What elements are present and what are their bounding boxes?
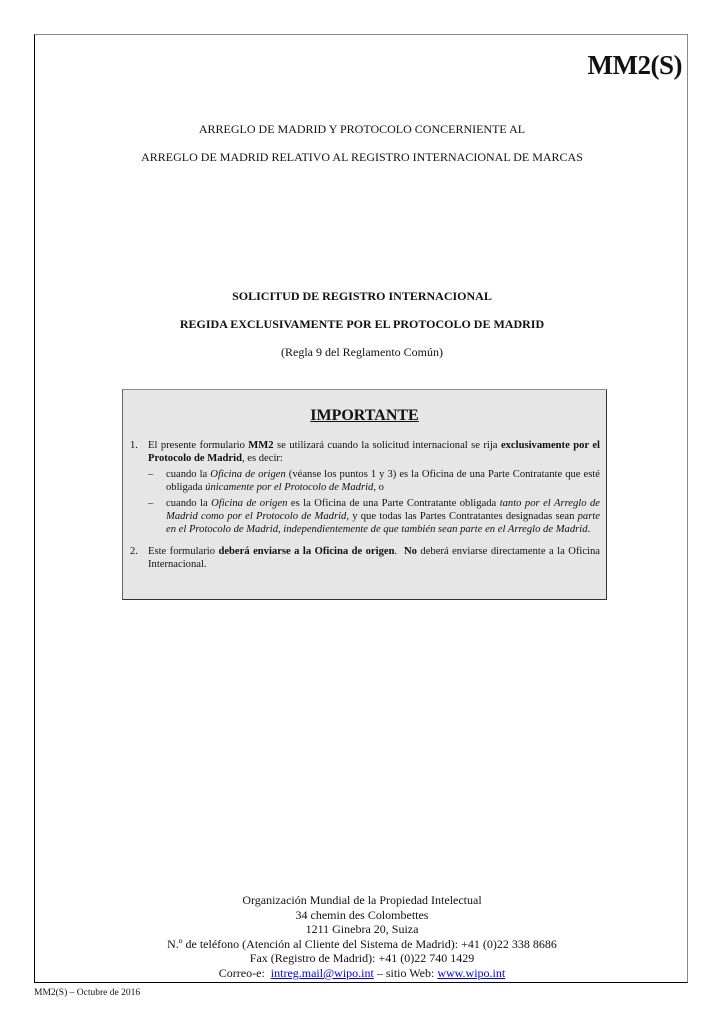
header-line-1: ARREGLO DE MADRID Y PROTOCOLO CONCERNIEN… [0, 122, 724, 137]
org-name: Organización Mundial de la Propiedad Int… [0, 893, 724, 908]
website-link[interactable]: www.wipo.int [437, 966, 505, 980]
title-line-2: REGIDA EXCLUSIVAMENTE POR EL PROTOCOLO D… [0, 317, 724, 332]
important-body: 1. El presente formulario MM2 se utiliza… [130, 440, 600, 577]
text: Este formulario [148, 546, 218, 557]
dash-bullet: – [148, 469, 153, 482]
bullet-1: – cuando la Oficina de origen (véanse lo… [148, 469, 600, 494]
org-street: 34 chemin des Colombettes [0, 908, 724, 923]
text: . [394, 546, 404, 557]
important-box: IMPORTANTE 1. El presente formulario MM2… [122, 389, 607, 600]
web-label: – sitio Web: [374, 966, 437, 980]
text: cuando la [166, 498, 211, 509]
important-heading: IMPORTANTE [123, 407, 606, 425]
title-line-1: SOLICITUD DE REGISTRO INTERNACIONAL [0, 289, 724, 304]
org-fax: Fax (Registro de Madrid): +41 (0)22 740 … [0, 951, 724, 966]
italic-text: Oficina de origen [210, 469, 285, 480]
item-number: 2. [130, 546, 138, 559]
org-phone: N.º de teléfono (Atención al Cliente del… [0, 937, 724, 952]
text: se utilizará cuando la solicitud interna… [274, 440, 501, 451]
email-link[interactable]: intreg.mail@wipo.int [271, 966, 374, 980]
text: , y que todas las Partes Contratantes de… [346, 511, 577, 522]
text: , es decir: [242, 453, 283, 464]
item-number: 1. [130, 440, 138, 453]
italic-text: Oficina de origen [211, 498, 287, 509]
contact-footer: Organización Mundial de la Propiedad Int… [0, 893, 724, 981]
text: cuando la [166, 469, 210, 480]
org-contact-line: Correo-e: intreg.mail@wipo.int – sitio W… [0, 966, 724, 981]
dash-bullet: – [148, 498, 153, 511]
bold-text: MM2 [248, 440, 273, 451]
form-code: MM2(S) [588, 50, 682, 81]
bold-text: No [404, 546, 417, 557]
bullet-2: – cuando la Oficina de origen es la Ofic… [148, 498, 600, 536]
email-label: Correo-e: [219, 966, 271, 980]
text: es la Oficina de una Parte Contratante o… [287, 498, 499, 509]
important-item-2: 2. Este formulario deberá enviarse a la … [130, 546, 600, 571]
title-subtitle: (Regla 9 del Reglamento Común) [0, 345, 724, 360]
italic-text: únicamente por el Protocolo de Madrid [205, 482, 373, 493]
page-footer-note: MM2(S) – Octubre de 2016 [34, 988, 140, 998]
important-item-1: 1. El presente formulario MM2 se utiliza… [130, 440, 600, 536]
bold-text: deberá enviarse a la Oficina de origen [218, 546, 394, 557]
text: . [588, 524, 591, 535]
header-line-2: ARREGLO DE MADRID RELATIVO AL REGISTRO I… [0, 150, 724, 165]
text: El presente formulario [148, 440, 248, 451]
org-city: 1211 Ginebra 20, Suiza [0, 922, 724, 937]
text: , o [373, 482, 384, 493]
